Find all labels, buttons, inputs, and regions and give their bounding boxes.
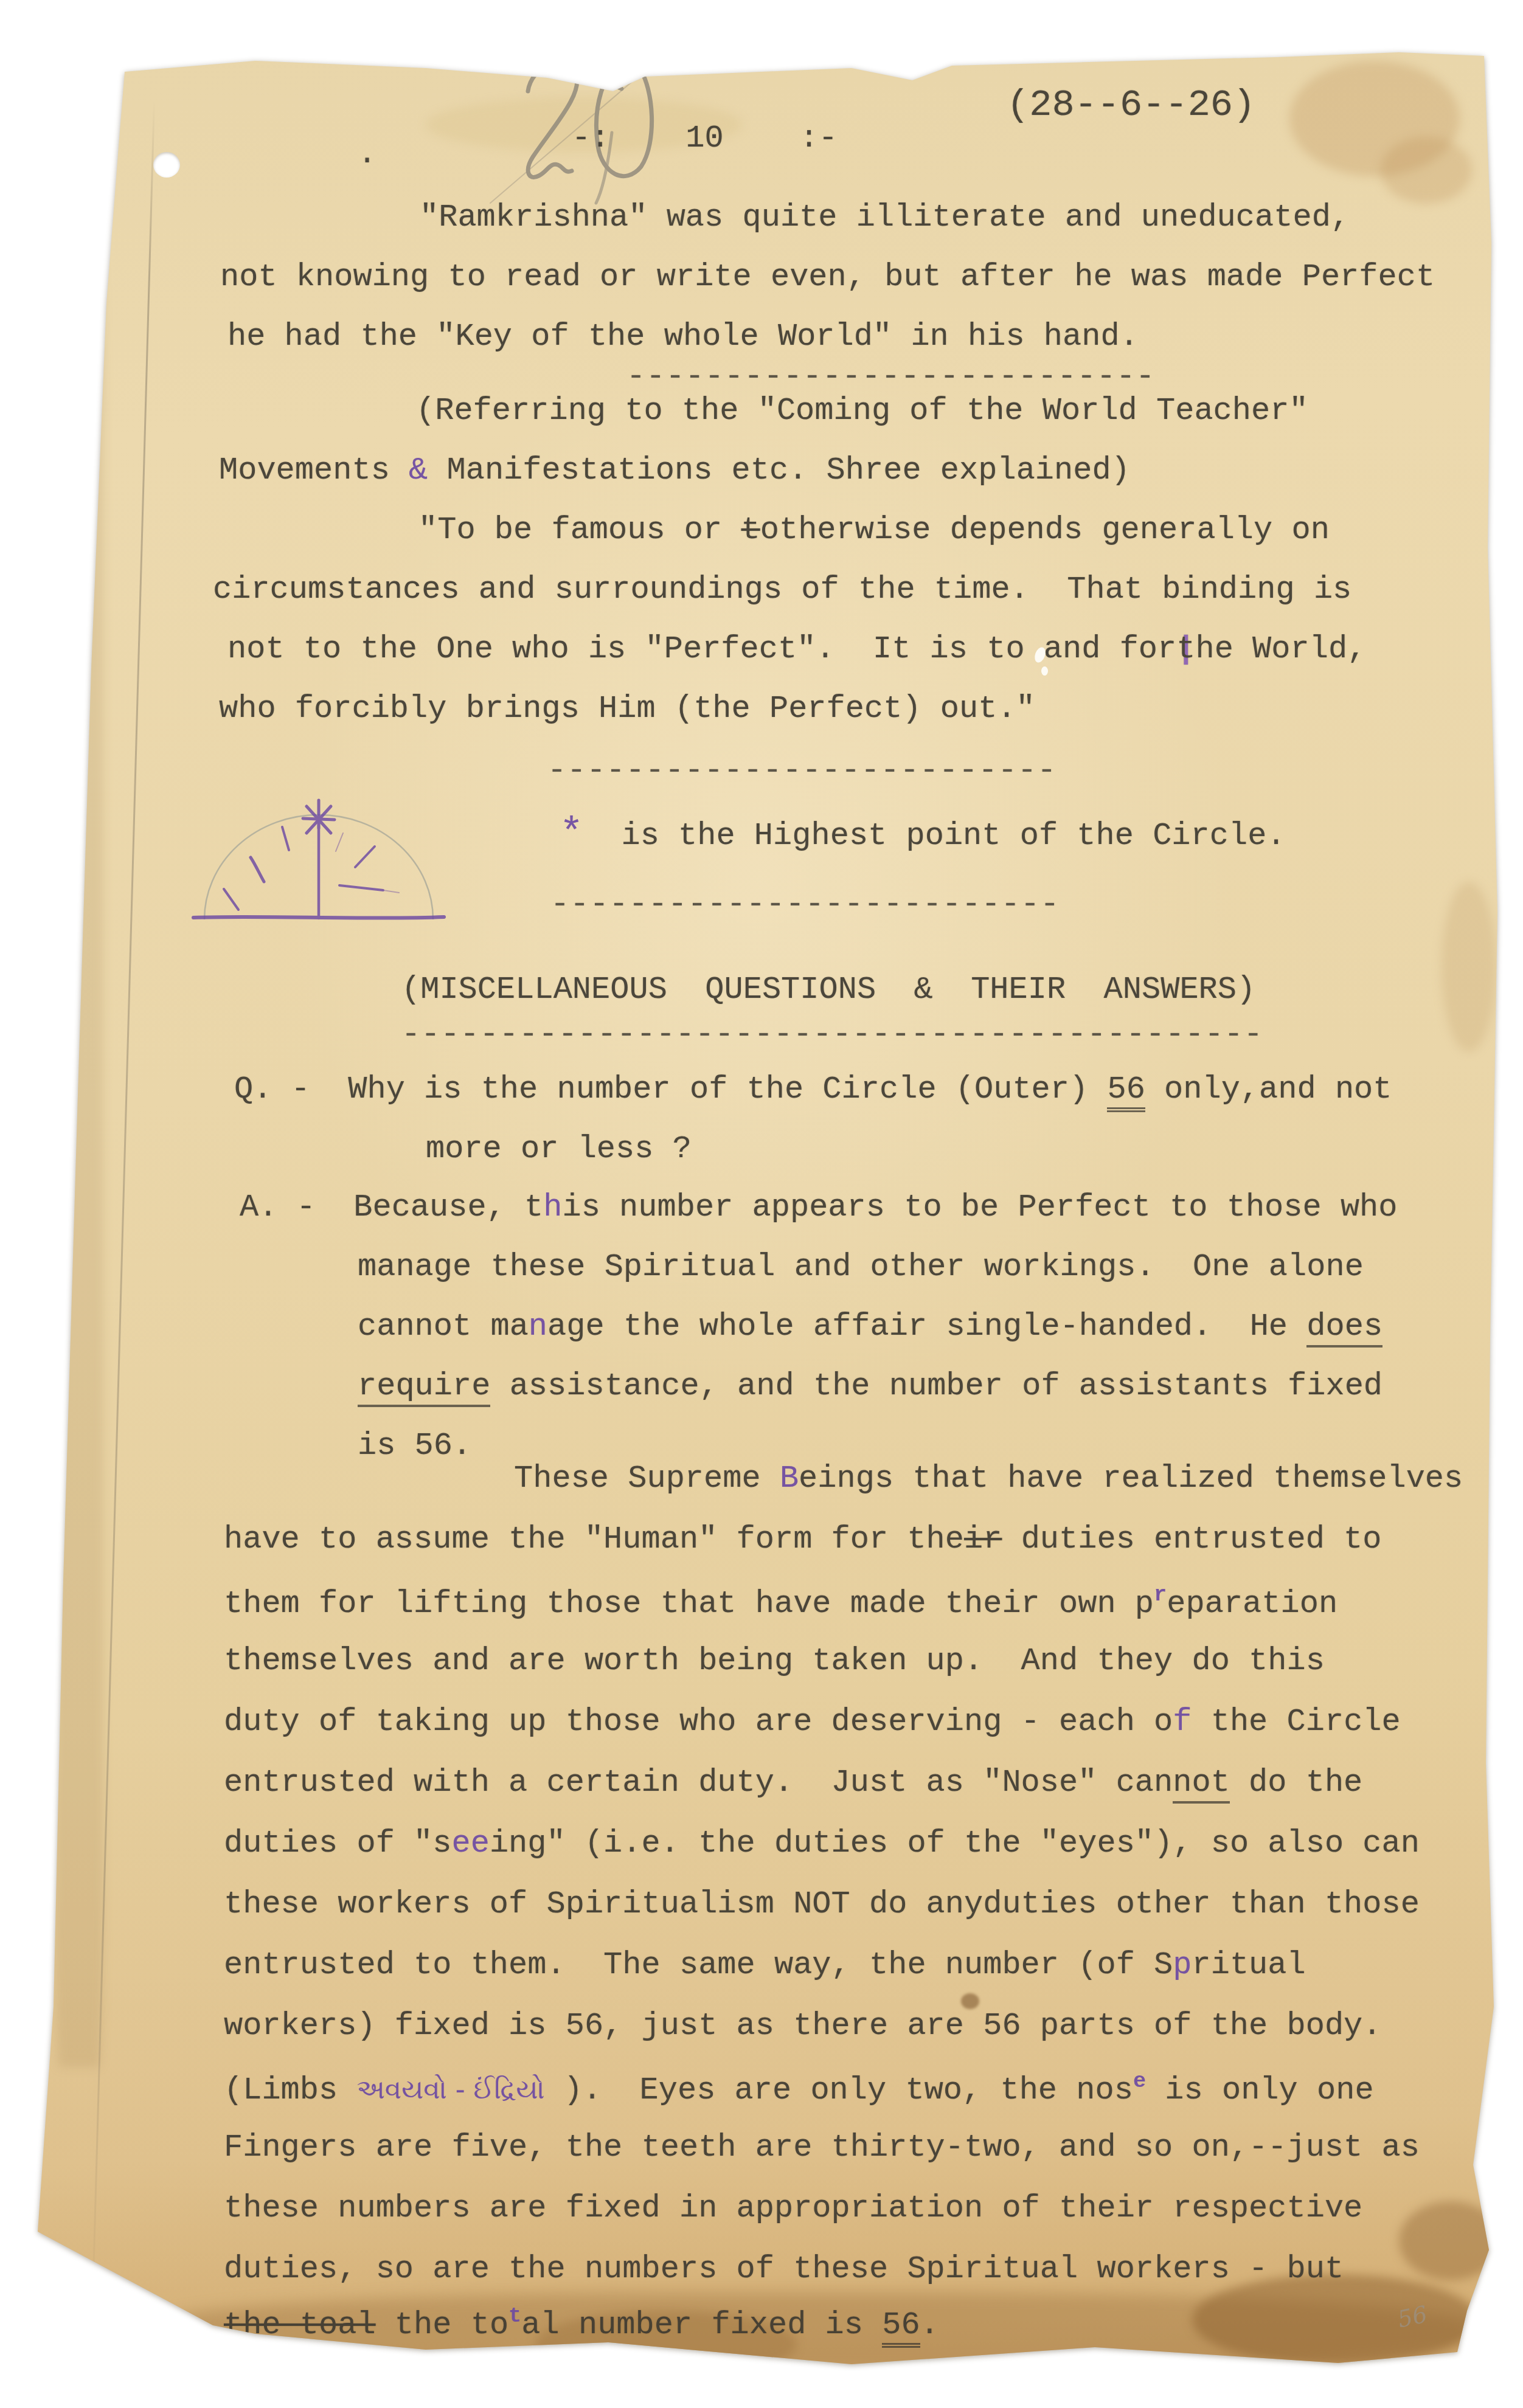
stain	[1192, 2274, 1478, 2365]
para4-final-line: the toal the total number fixed is 56.	[224, 2305, 939, 2343]
para4-line9: entrusted to them. The same way, the num…	[224, 1948, 1306, 1982]
stain	[1289, 61, 1460, 176]
para3-line4: who forcibly brings Him (the Perfect) ou…	[219, 692, 1035, 726]
semicircle-diagram	[190, 787, 451, 939]
para1-line3: he had the "Key of the whole World" in h…	[227, 320, 1139, 354]
para3-line1: "To be famous or totherwise depends gene…	[418, 513, 1330, 547]
para4-line11: (Limbs અવયવો - ઈંદ્રિયો ). Eyes are only…	[224, 2070, 1374, 2108]
para4-line1: These Supreme Beings that have realized …	[514, 1462, 1463, 1496]
para4-line7: duties of "seeing" (i.e. the duties of t…	[224, 1827, 1420, 1861]
question-line2: more or less ?	[426, 1132, 692, 1166]
answer-line4: require assistance, and the number of as…	[358, 1369, 1382, 1403]
heading-underline: ----------------------------------------…	[401, 1018, 1263, 1052]
para4-line6: entrusted with a certain duty. Just as "…	[224, 1766, 1362, 1800]
para4-line10: workers) fixed is 56, just as there are …	[224, 2009, 1382, 2043]
para4-line2: have to assume the "Human" form for thei…	[224, 1523, 1382, 1557]
para3-line2: circumstances and surroundings of the ti…	[213, 573, 1351, 607]
margin-pencil-number: 56	[1395, 2300, 1429, 2333]
paper-speck	[1041, 666, 1048, 676]
diagram-asterisk	[303, 800, 335, 833]
stain	[1399, 2201, 1502, 2280]
divider: --------------------------	[547, 754, 1056, 788]
stain	[1441, 882, 1496, 1052]
answer-line3: cannot manage the whole affair single-ha…	[358, 1310, 1382, 1344]
left-margin-shade	[55, 243, 103, 2067]
diagram-caption: * is the Highest point of the Circle.	[560, 812, 1286, 855]
answer-line1: A. - Because, this number appears to be …	[240, 1191, 1398, 1225]
para3-line3: not to the One who is "Perfect". It is t…	[227, 632, 1366, 666]
para4-line3: them for lifting those that have made th…	[224, 1583, 1337, 1622]
para4-line13: these numbers are fixed in appropriation…	[224, 2192, 1362, 2226]
para4-line14: duties, so are the numbers of these Spir…	[224, 2252, 1344, 2286]
punch-hole	[153, 152, 180, 178]
para4-line12: Fingers are five, the teeth are thirty-t…	[224, 2131, 1420, 2165]
stain	[1381, 137, 1472, 204]
para2-line2: Movements & Manifestations etc. Shree ex…	[219, 454, 1130, 488]
para1-line1: "Ramkrishna" was quite illiterate and un…	[420, 201, 1350, 235]
divider: --------------------------	[550, 888, 1060, 922]
para2-line1: (Referring to the "Coming of the World T…	[416, 394, 1308, 428]
question-line1: Q. - Why is the number of the Circle (Ou…	[234, 1073, 1392, 1107]
para4-line5: duty of taking up those who are deservin…	[224, 1705, 1401, 1739]
ink-spot	[961, 1993, 979, 2009]
para4-line8: these workers of Spiritualism NOT do any…	[224, 1887, 1420, 1922]
paper-crease	[91, 100, 155, 2325]
section-heading: (MISCELLANEOUS QUESTIONS & THEIR ANSWERS…	[401, 973, 1255, 1007]
diagram-ticks	[224, 827, 399, 910]
answer-line5: is 56.	[358, 1429, 471, 1463]
date-header: (28--6--26)	[1007, 85, 1255, 126]
para4-line4: themselves and are worth being taken up.…	[224, 1644, 1325, 1678]
typed-page-number: -: 10 :-	[572, 122, 838, 156]
stray-period: .	[358, 137, 376, 171]
paper-sheet: (28--6--26)-: 10 :-."Ramkrishna" was qui…	[0, 0, 1523, 2408]
para1-line2: not knowing to read or write even, but a…	[220, 260, 1435, 294]
divider: ---------------------------	[626, 360, 1156, 394]
answer-line2: manage these Spiritual and other working…	[358, 1250, 1364, 1284]
scan-background: (28--6--26)-: 10 :-."Ramkrishna" was qui…	[0, 0, 1523, 2408]
